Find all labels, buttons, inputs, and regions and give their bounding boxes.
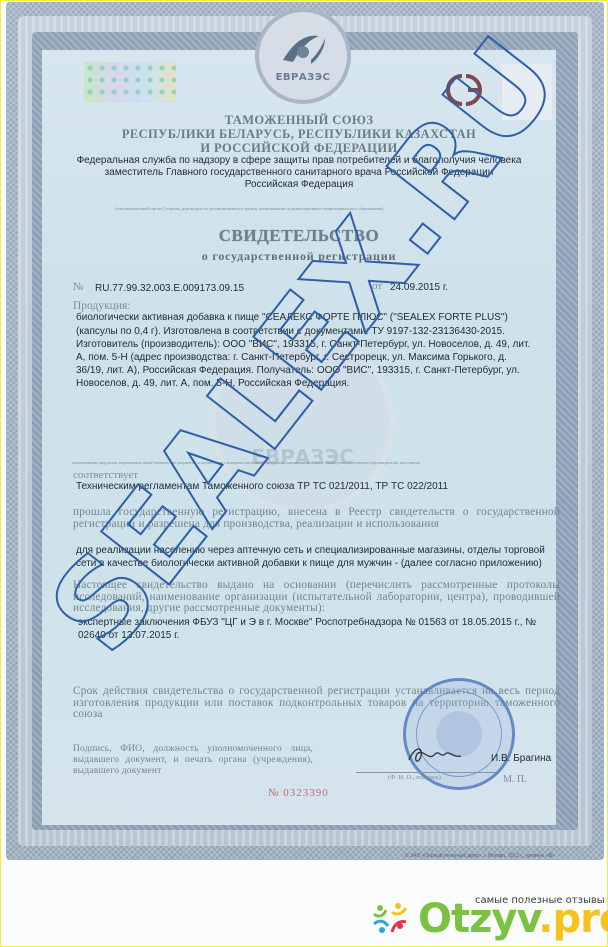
document-subtitle: о государственной регистрации <box>42 249 556 264</box>
product-line-1: биологически активная добавка к пище "СЕ… <box>76 312 508 324</box>
agency-caption: (уполномоченный орган Стороны, руководит… <box>115 206 383 211</box>
conforms-label: соответствует <box>73 469 138 481</box>
registration-date: 24.09.2015 г. <box>390 282 448 294</box>
product-label: Продукция: <box>73 300 130 312</box>
number-label: № <box>73 281 84 293</box>
seal-place: М. П. <box>503 774 527 785</box>
product-caption: (наименование продукции, нормативные и(и… <box>72 460 420 465</box>
conforms-value: Техническим регламентам Таможенного союз… <box>76 481 448 493</box>
basis-line-2: 02640 от 13.07.2015 г. <box>78 630 179 642</box>
header-line-2: РЕСПУБЛИКИ БЕЛАРУСЬ, РЕСПУБЛИКИ КАЗАХСТА… <box>42 127 556 142</box>
signatory-name: И.В. Брагина <box>491 753 551 765</box>
agency-line-3: Российская Федерация <box>42 179 556 191</box>
product-line-6: Новоселов, д. 49, лит. А, пом. 5-Н, Росс… <box>76 378 349 390</box>
header-line-3: И РОССИЙСКОЙ ФЕДЕРАЦИИ <box>42 141 556 156</box>
printer-credit: © ЗАО «Первый печатный двор», г. Москва,… <box>405 853 555 859</box>
basis-statement: Настоящее свидетельство выдано на основа… <box>73 580 560 615</box>
product-line-4: А, пом. 5-Н (адрес производства: г. Санк… <box>76 352 507 364</box>
hologram-sticker <box>84 62 176 102</box>
serial-number: № 0323390 <box>268 787 329 799</box>
signature-icon <box>405 744 465 766</box>
document-title: СВИДЕТЕЛЬСТВО <box>42 226 556 246</box>
site-brand[interactable]: Otzyv.pro <box>418 896 608 942</box>
agency-line-1: Федеральная служба по надзору в сфере за… <box>42 155 556 167</box>
eac-conformity-mark-icon <box>440 70 490 110</box>
site-brand-tld: .pro <box>538 896 608 942</box>
signature-line <box>356 772 496 773</box>
blank-patch <box>502 64 552 120</box>
product-line-3: Изготовитель (производитель): ООО "ВИС",… <box>76 339 530 351</box>
usage-line-1: для реализации населению через аптечную … <box>76 545 545 557</box>
product-line-2: (капсулы по 0,4 г). Изготовлена в соотве… <box>76 326 505 338</box>
emblem-label: ЕВРАЗЭС <box>276 72 331 83</box>
signature-subcaption: (Ф. И. О., подпись) <box>388 774 441 781</box>
registration-statement: прошла государственную регистрацию, внес… <box>73 507 560 530</box>
registration-number: RU.77.99.32.003.E.009173.09.15 <box>95 283 244 295</box>
product-line-5: 36/19, лит. А), Российская Федерация. По… <box>76 365 520 377</box>
eurasec-emblem: ЕВРАЗЭС <box>255 8 351 104</box>
agency-line-2: заместитель Главного государственного са… <box>42 167 556 179</box>
basis-line-1: экспертные заключения ФБУЗ "ЦГ и Э в г. … <box>78 617 536 629</box>
otzyv-logo-icon <box>370 898 410 938</box>
signature-caption: Подпись, ФИО, должность уполномоченного … <box>73 744 313 777</box>
eurasec-globe-icon <box>275 30 331 70</box>
date-label: от <box>372 280 382 292</box>
watermark-emblem-label: ЕВРАЗЭС <box>216 445 389 469</box>
usage-line-2: сети в качестве биологически активной до… <box>76 558 542 570</box>
site-brand-main: Otzyv <box>418 896 538 942</box>
header-line-1: ТАМОЖЕННЫЙ СОЮЗ <box>42 113 556 128</box>
